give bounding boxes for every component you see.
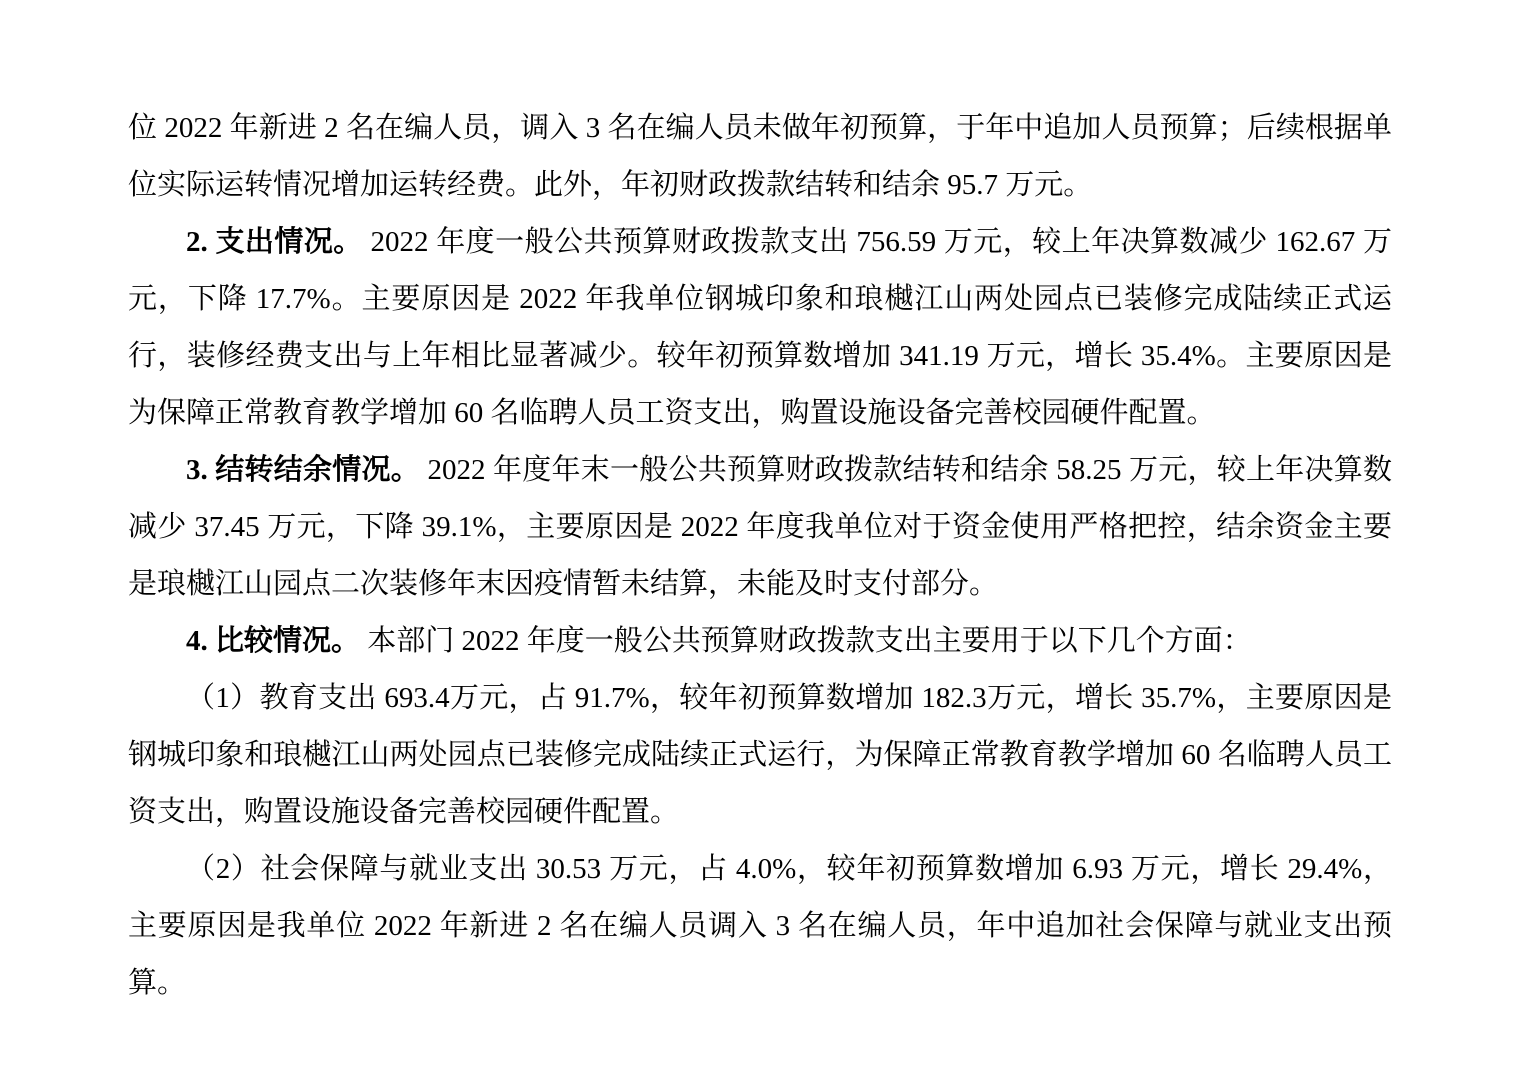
- document-page: 位 2022 年新进 2 名在编人员，调入 3 名在编人员未做年初预算，于年中追…: [0, 0, 1520, 1074]
- heading-carryover: 3. 结转结余情况。: [186, 454, 420, 486]
- paragraph-item-2-social-security-text: （2）社会保障与就业支出 30.53 万元，占 4.0%，较年初预算数增加 6.…: [128, 853, 1392, 999]
- paragraph-comparison-text: 本部门 2022 年度一般公共预算财政拨款支出主要用于以下几个方面：: [367, 625, 1252, 657]
- document-body: 位 2022 年新进 2 名在编人员，调入 3 名在编人员未做年初预算，于年中追…: [128, 100, 1392, 1012]
- paragraph-item-1-education-text: （1）教育支出 693.4万元，占 91.7%，较年初预算数增加 182.3万元…: [128, 682, 1392, 828]
- paragraph-item-1-education: （1）教育支出 693.4万元，占 91.7%，较年初预算数增加 182.3万元…: [128, 670, 1392, 841]
- paragraph-item-2-social-security: （2）社会保障与就业支出 30.53 万元，占 4.0%，较年初预算数增加 6.…: [128, 841, 1392, 1012]
- heading-comparison: 4. 比较情况。: [186, 625, 360, 657]
- paragraph-expenditure: 2. 支出情况。 2022 年度一般公共预算财政拨款支出 756.59 万元，较…: [128, 214, 1392, 442]
- paragraph-continuation: 位 2022 年新进 2 名在编人员，调入 3 名在编人员未做年初预算，于年中追…: [128, 100, 1392, 214]
- paragraph-continuation-text: 位 2022 年新进 2 名在编人员，调入 3 名在编人员未做年初预算，于年中追…: [128, 112, 1392, 201]
- heading-expenditure: 2. 支出情况。: [186, 226, 363, 258]
- paragraph-comparison: 4. 比较情况。 本部门 2022 年度一般公共预算财政拨款支出主要用于以下几个…: [128, 613, 1392, 670]
- paragraph-carryover: 3. 结转结余情况。 2022 年度年末一般公共预算财政拨款结转和结余 58.2…: [128, 442, 1392, 613]
